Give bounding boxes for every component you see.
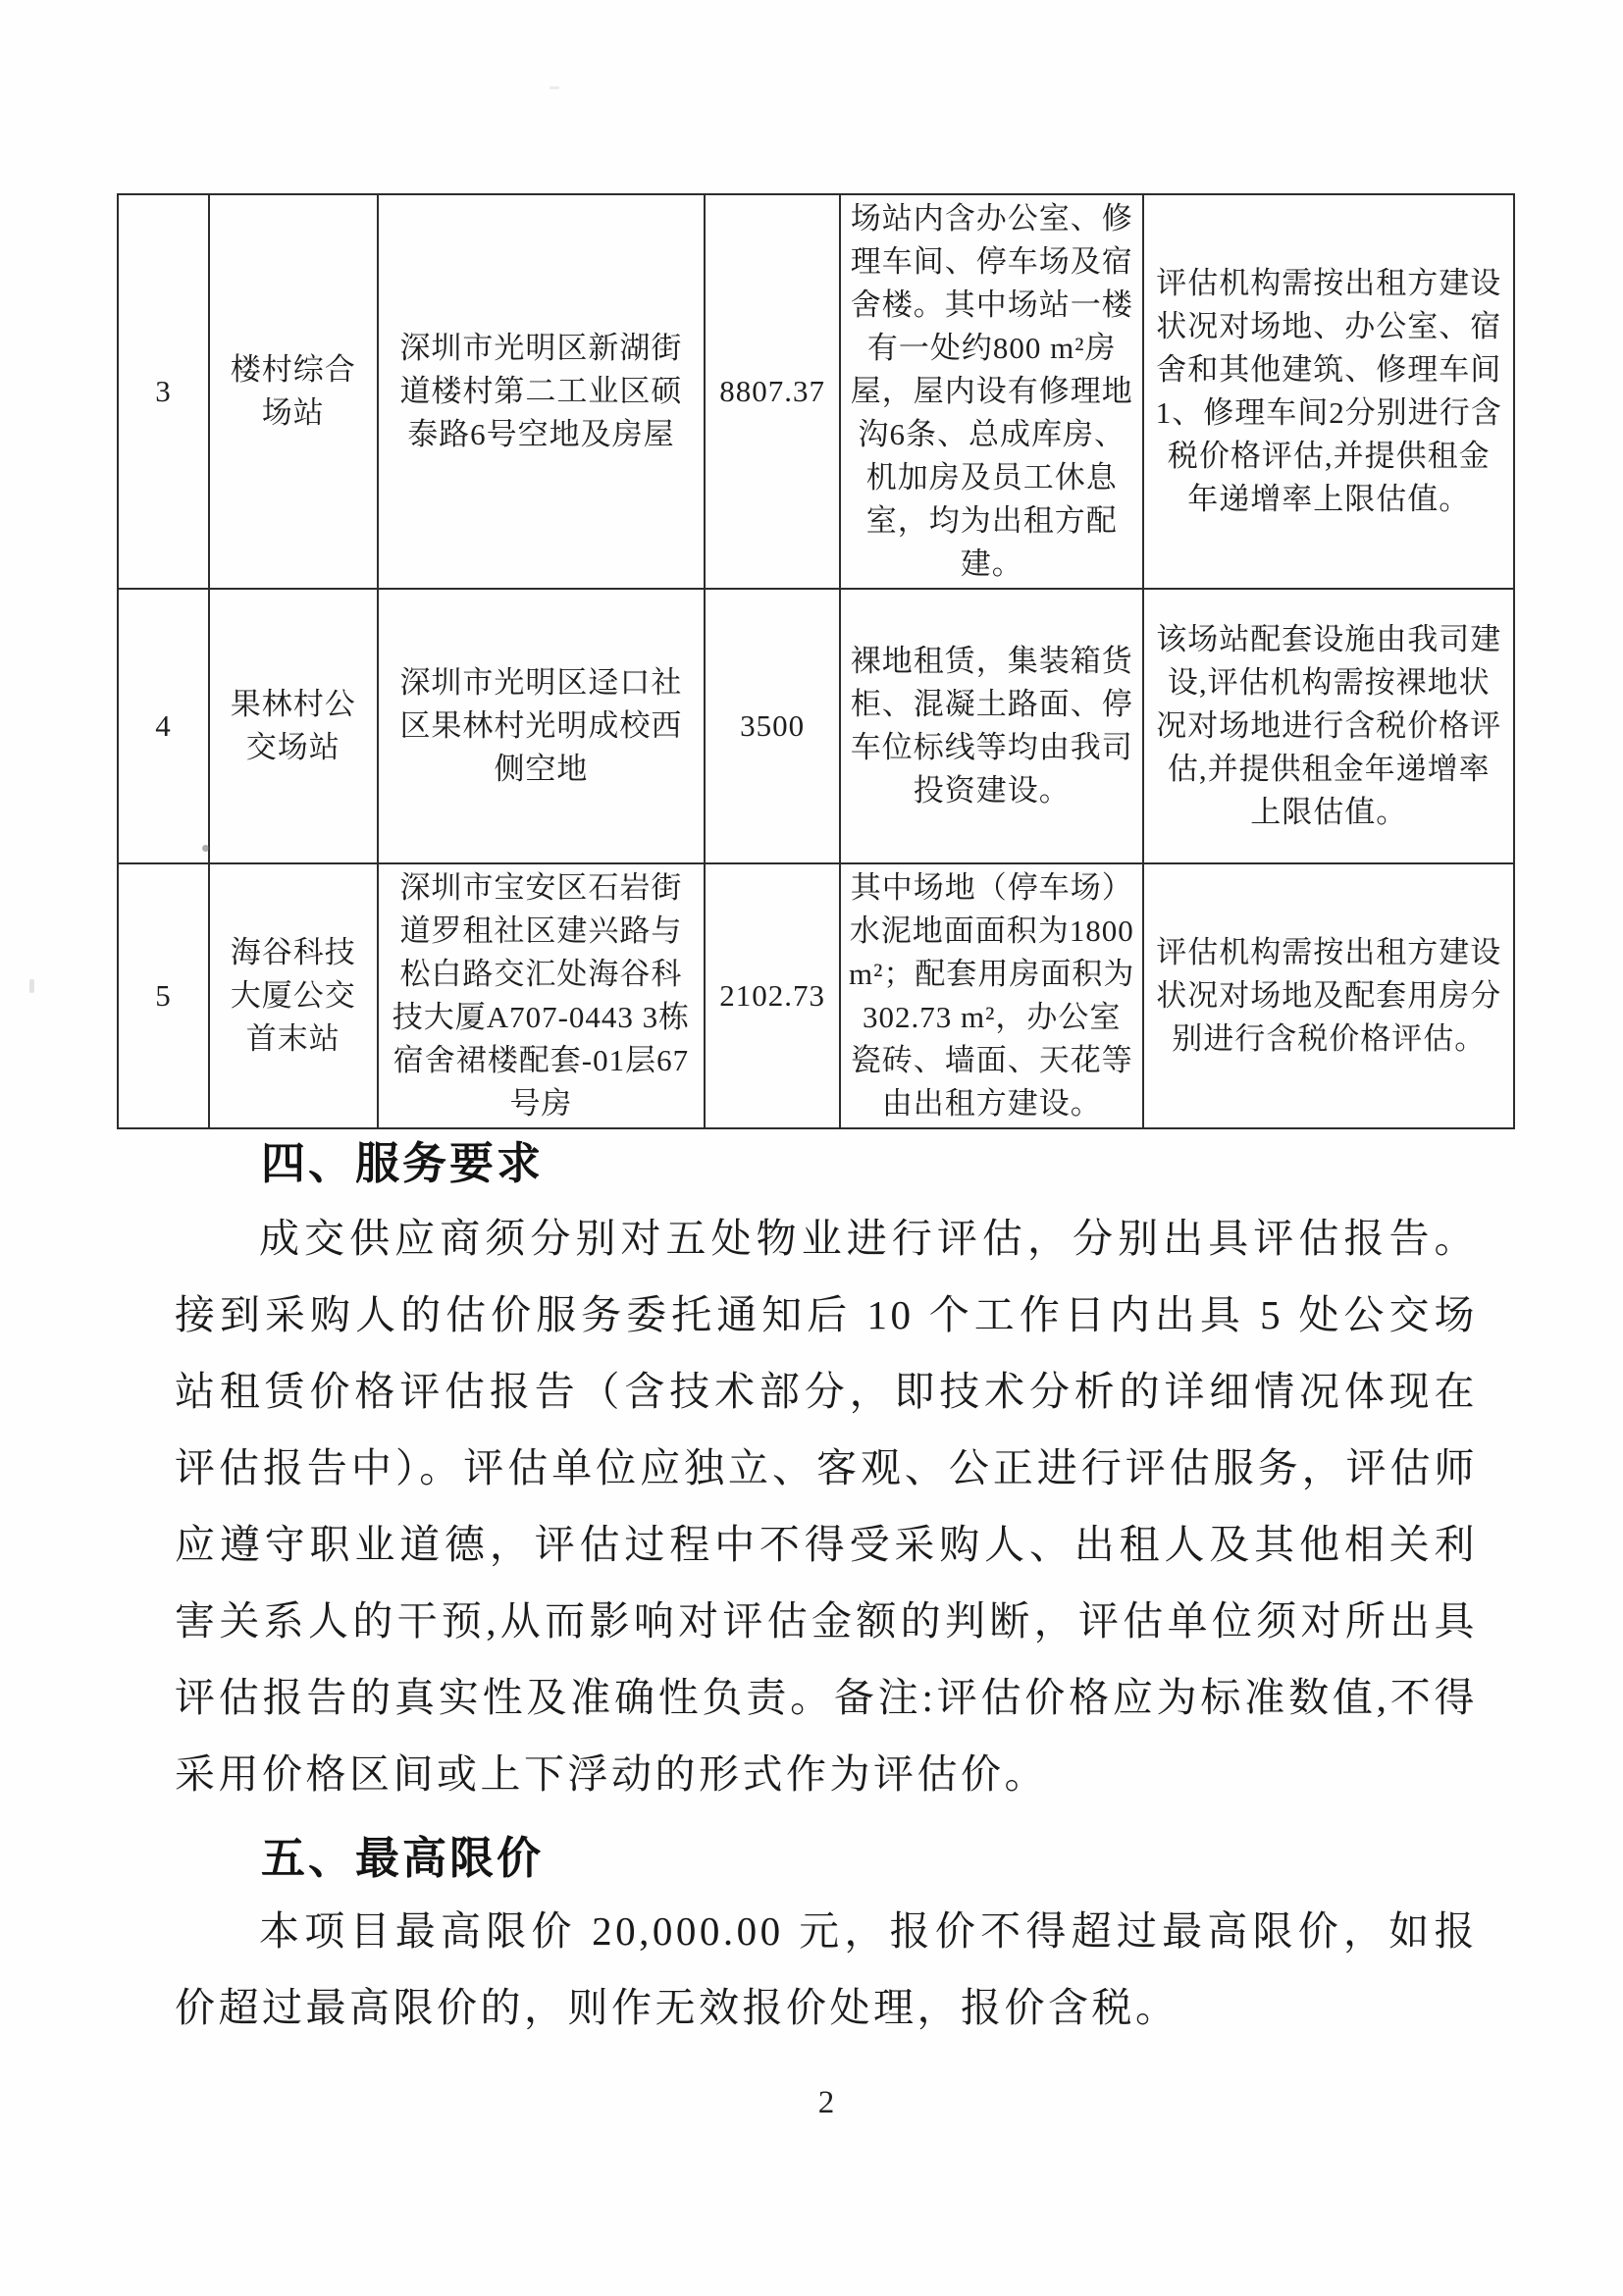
cell-seq: 3 [118,194,209,589]
cell-seq: 5 [118,863,209,1128]
table-row: 5 海谷科技大厦公交首末站 深圳市宝安区石岩街道罗租社区建兴路与松白路交汇处海谷… [118,863,1514,1128]
section-paragraph-service-requirements: 成交供应商须分别对五处物业进行评估，分别出具评估报告。接到采购人的估价服务委托通… [175,1200,1478,1812]
cell-description: 裸地租赁，集装箱货柜、混凝土路面、停车位标线等均由我司投资建设。 [840,589,1144,863]
cell-address: 深圳市宝安区石岩街道罗租社区建兴路与松白路交汇处海谷科技大厦A707-0443 … [378,863,706,1128]
cell-address: 深圳市光明区新湖街道楼村第二工业区硕泰路6号空地及房屋 [378,194,706,589]
cell-description: 其中场地（停车场）水泥地面面积为1800 m²；配套用房面积为302.73 m²… [840,863,1144,1128]
section-paragraph-max-price: 本项目最高限价 20,000.00 元，报价不得超过最高限价，如报价超过最高限价… [175,1893,1478,2046]
scan-speck [550,86,559,89]
document-body: 四、服务要求 成交供应商须分别对五处物业进行评估，分别出具评估报告。接到采购人的… [175,1120,1478,2046]
cell-name: 果林村公交场站 [209,589,378,863]
cell-area: 8807.37 [705,194,840,589]
scan-speck [29,979,34,993]
cell-requirement: 评估机构需按出租方建设状况对场地、办公室、宿舍和其他建筑、修理车间1、修理车间2… [1143,194,1514,589]
cell-address: 深圳市光明区迳口社区果林村光明成校西侧空地 [378,589,706,863]
cell-name: 楼村综合场站 [209,194,378,589]
cell-name: 海谷科技大厦公交首末站 [209,863,378,1128]
table-row: 4 果林村公交场站 深圳市光明区迳口社区果林村光明成校西侧空地 3500 裸地租… [118,589,1514,863]
property-table: 3 楼村综合场站 深圳市光明区新湖街道楼村第二工业区硕泰路6号空地及房屋 880… [117,193,1515,1129]
table-row: 3 楼村综合场站 深圳市光明区新湖街道楼村第二工业区硕泰路6号空地及房屋 880… [118,194,1514,589]
document-page: 3 楼村综合场站 深圳市光明区新湖街道楼村第二工业区硕泰路6号空地及房屋 880… [0,0,1623,2296]
section-heading-service-requirements: 四、服务要求 [175,1133,1478,1194]
scan-speck [202,845,209,852]
cell-requirement: 评估机构需按出租方建设状况对场地及配套用房分别进行含税价格评估。 [1143,863,1514,1128]
cell-seq: 4 [118,589,209,863]
cell-requirement: 该场站配套设施由我司建设,评估机构需按裸地状况对场地进行含税价格评估,并提供租金… [1143,589,1514,863]
cell-area: 3500 [705,589,840,863]
cell-area: 2102.73 [705,863,840,1128]
page-number: 2 [175,2085,1478,2121]
cell-description: 场站内含办公室、修理车间、停车场及宿舍楼。其中场站一楼有一处约800 m²房屋，… [840,194,1144,589]
section-heading-max-price: 五、最高限价 [175,1828,1478,1889]
